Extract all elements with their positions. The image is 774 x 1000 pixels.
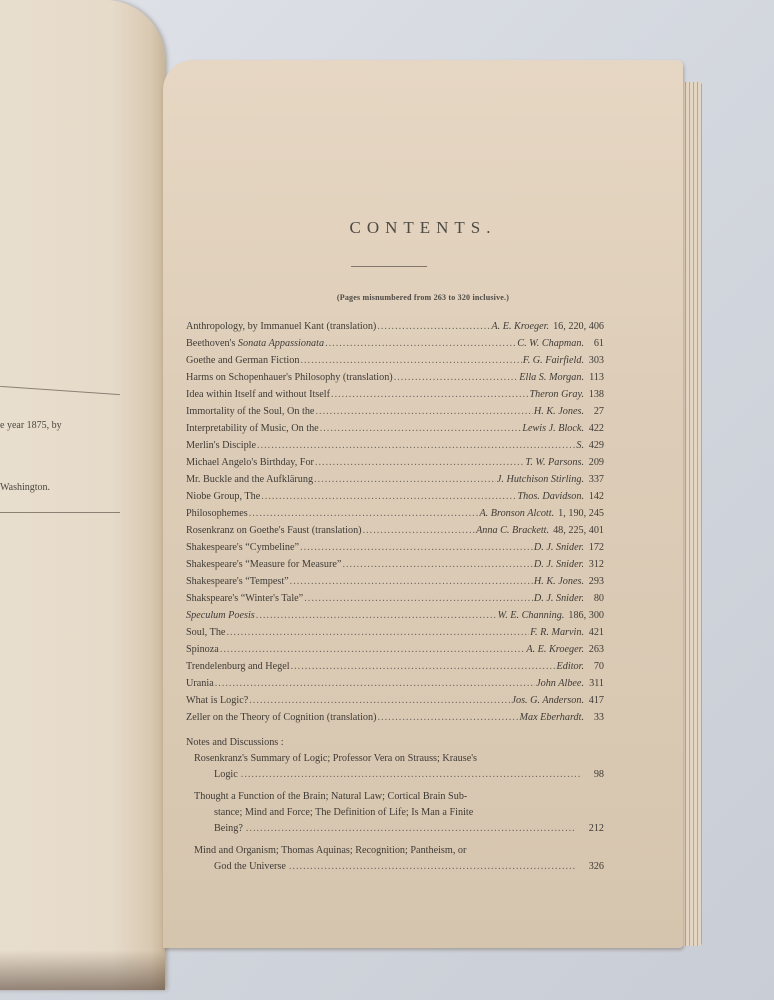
entry-title-plain: Philosophemes	[186, 508, 248, 519]
entry-author: F. R. Marvin.	[530, 624, 584, 641]
toc-entry: Shakspeare's “Winter's Tale”D. J. Snider…	[186, 590, 604, 607]
entry-pages: 186, 300	[568, 607, 604, 624]
entry-author: S.	[576, 437, 584, 454]
entry-pages: 48, 225, 401	[553, 522, 604, 539]
notes-entry-last-line: God the Universe326	[214, 859, 604, 875]
entry-title: Michael Angelo's Birthday, For	[186, 454, 314, 471]
dot-leader	[304, 590, 533, 607]
entry-author: W. E. Channing.	[498, 607, 565, 624]
entry-title: Urania	[186, 675, 214, 692]
entry-title: Shakespeare's “Measure for Measure”	[186, 556, 341, 573]
dot-leader	[256, 607, 497, 624]
left-page-location-fragment: Washington.	[0, 482, 50, 493]
entry-title-plain: Michael Angelo's Birthday, For	[186, 457, 314, 468]
entry-title-plain: Beethoven's	[186, 338, 238, 349]
entry-title-plain: Merlin's Disciple	[186, 440, 256, 451]
entry-author: Jos. G. Anderson.	[511, 692, 584, 709]
entry-pages: 27	[588, 403, 604, 420]
entry-title: Interpretability of Music, On the	[186, 420, 319, 437]
dot-leader	[378, 709, 519, 726]
entry-author: A. Bronson Alcott.	[479, 505, 554, 522]
entry-title: Speculum Poesis	[186, 607, 255, 624]
notes-entry-pages: 212	[589, 821, 604, 837]
dot-leader	[261, 488, 516, 505]
entry-author: J. Hutchison Stirling.	[497, 471, 584, 488]
entry-pages: 311	[588, 675, 604, 692]
entry-title-plain: Shakespeare's “Measure for Measure”	[186, 559, 341, 570]
entry-title-plain: Goethe and German Fiction	[186, 355, 299, 366]
toc-entry: SpinozaA. E. Kroeger.263	[186, 641, 604, 658]
entry-title-plain: Shakespeare's “Tempest”	[186, 576, 289, 587]
dot-leader	[314, 471, 496, 488]
entry-title-italic: Speculum Poesis	[186, 610, 255, 621]
entry-title-plain: Mr. Buckle and the Aufklärung	[186, 474, 313, 485]
entry-title: Shakespeare's “Cymbeline”	[186, 539, 299, 556]
notes-entry-pages: 98	[594, 767, 604, 783]
entry-title-plain: What is Logic?	[186, 695, 248, 706]
entry-pages: 422	[588, 420, 604, 437]
entry-pages: 61	[588, 335, 604, 352]
entry-title: Philosophemes	[186, 505, 248, 522]
entry-pages: 80	[588, 590, 604, 607]
entry-title: Soul, The	[186, 624, 225, 641]
entry-title-plain: Urania	[186, 678, 214, 689]
notes-entry: Thought a Function of the Brain; Natural…	[194, 789, 604, 837]
entry-pages: 421	[588, 624, 604, 641]
title-rule	[351, 266, 427, 267]
entry-author: John Albee.	[536, 675, 584, 692]
left-page-rule-bottom	[0, 512, 120, 513]
toc-entry: UraniaJohn Albee.311	[186, 675, 604, 692]
entry-author: Max Eberhardt.	[519, 709, 584, 726]
entry-author: D. J. Snider.	[534, 556, 584, 573]
toc-entry: Shakespeare's “Tempest”H. K. Jones.293	[186, 573, 604, 590]
entry-pages: 293	[588, 573, 604, 590]
entry-author: A. E. Kroeger.	[491, 318, 549, 335]
toc-entry: Trendelenburg and HegelEditor.70	[186, 658, 604, 675]
entry-pages: 16, 220, 406	[553, 318, 604, 335]
entry-author: H. K. Jones.	[534, 573, 584, 590]
pagination-note: (Pages misnumbered from 263 to 320 inclu…	[163, 293, 683, 302]
notes-entry-middle-line: stance; Mind and Force; The Definition o…	[214, 805, 604, 821]
entry-title-plain: Shakspeare's “Winter's Tale”	[186, 593, 303, 604]
entry-title-plain: Spinoza	[186, 644, 219, 655]
entry-title: Beethoven's Sonata Appassionata	[186, 335, 324, 352]
entry-title-plain: Zeller on the Theory of Cognition (trans…	[186, 712, 377, 723]
entry-title: Merlin's Disciple	[186, 437, 256, 454]
dot-leader	[331, 386, 528, 403]
entry-author: Thos. Davidson.	[517, 488, 584, 505]
toc-entry: Anthropology, by Immanuel Kant (translat…	[186, 318, 604, 335]
dot-leader	[300, 539, 533, 556]
entry-title: Mr. Buckle and the Aufklärung	[186, 471, 313, 488]
entry-pages: 209	[588, 454, 604, 471]
notes-entry-first-line: Mind and Organism; Thomas Aquinas; Recog…	[194, 843, 604, 859]
dot-leader	[300, 352, 521, 369]
entry-title-plain: Idea within Itself and without Itself	[186, 389, 330, 400]
entry-title: Shakspeare's “Winter's Tale”	[186, 590, 303, 607]
entry-title-plain: Trendelenburg and Hegel	[186, 661, 290, 672]
notes-entry-last-text: God the Universe	[214, 859, 286, 875]
table-of-contents: Anthropology, by Immanuel Kant (translat…	[186, 318, 604, 881]
entry-title-plain: Soul, The	[186, 627, 225, 638]
entry-author: Theron Gray.	[529, 386, 584, 403]
dot-leader	[290, 573, 533, 590]
toc-entry: Shakespeare's “Measure for Measure”D. J.…	[186, 556, 604, 573]
entry-pages: 142	[588, 488, 604, 505]
notes-entry-last-line: Logic98	[214, 767, 604, 783]
entry-pages: 263	[588, 641, 604, 658]
entry-title: Rosenkranz on Goethe's Faust (translatio…	[186, 522, 362, 539]
dot-leader	[363, 522, 476, 539]
entry-title-plain: Shakespeare's “Cymbeline”	[186, 542, 299, 553]
left-page-shadow	[0, 950, 165, 990]
toc-entry: Beethoven's Sonata AppassionataC. W. Cha…	[186, 335, 604, 352]
dot-leader	[315, 403, 532, 420]
notes-entry: Mind and Organism; Thomas Aquinas; Recog…	[194, 843, 604, 875]
toc-entry: Zeller on the Theory of Cognition (trans…	[186, 709, 604, 726]
entry-author: Lewis J. Block.	[522, 420, 584, 437]
dot-leader	[226, 624, 529, 641]
entry-title: Harms on Schopenhauer's Philosophy (tran…	[186, 369, 393, 386]
entry-title: Spinoza	[186, 641, 219, 658]
entry-title: Niobe Group, The	[186, 488, 260, 505]
entry-title-plain: Anthropology, by Immanuel Kant (translat…	[186, 321, 376, 332]
entry-pages: 312	[588, 556, 604, 573]
entry-author: D. J. Snider.	[534, 539, 584, 556]
dot-leader	[215, 675, 535, 692]
left-page-copyright-fragment: e year 1875, by	[0, 420, 62, 431]
page-title: CONTENTS.	[163, 218, 683, 238]
toc-entry: PhilosophemesA. Bronson Alcott.1, 190, 2…	[186, 505, 604, 522]
dot-leader	[377, 318, 490, 335]
entry-pages: 113	[588, 369, 604, 386]
toc-entry: Soul, TheF. R. Marvin.421	[186, 624, 604, 641]
entry-title: What is Logic?	[186, 692, 248, 709]
entry-title-plain: Interpretability of Music, On the	[186, 423, 319, 434]
toc-entry: What is Logic?Jos. G. Anderson.417	[186, 692, 604, 709]
entry-pages: 172	[588, 539, 604, 556]
notes-entry: Rosenkranz's Summary of Logic; Professor…	[194, 751, 604, 783]
entry-author: F. G. Fairfield.	[523, 352, 584, 369]
dot-leader	[249, 692, 510, 709]
entry-author: Editor.	[557, 658, 584, 675]
toc-entry: Rosenkranz on Goethe's Faust (translatio…	[186, 522, 604, 539]
notes-entry-last-text: Logic	[214, 767, 238, 783]
dot-leader	[325, 335, 516, 352]
toc-entry: Niobe Group, TheThos. Davidson.142	[186, 488, 604, 505]
entry-title-plain: Rosenkranz on Goethe's Faust (translatio…	[186, 525, 362, 536]
dot-leader	[257, 437, 575, 454]
entry-pages: 1, 190, 245	[558, 505, 604, 522]
entry-author: T. W. Parsons.	[525, 454, 584, 471]
dot-leader	[289, 859, 576, 875]
toc-entry: Speculum PoesisW. E. Channing.186, 300	[186, 607, 604, 624]
notes-entry-first-line: Thought a Function of the Brain; Natural…	[194, 789, 604, 805]
entry-author: H. K. Jones.	[534, 403, 584, 420]
entry-pages: 417	[588, 692, 604, 709]
dot-leader	[342, 556, 532, 573]
entry-pages: 429	[588, 437, 604, 454]
toc-entry: Idea within Itself and without ItselfThe…	[186, 386, 604, 403]
notes-entry-first-line: Rosenkranz's Summary of Logic; Professor…	[194, 751, 604, 767]
notes-heading: Notes and Discussions :	[186, 734, 604, 751]
notes-entry-last-line: Being?212	[214, 821, 604, 837]
entry-pages: 33	[588, 709, 604, 726]
dot-leader	[315, 454, 524, 471]
toc-entry: Mr. Buckle and the AufklärungJ. Hutchiso…	[186, 471, 604, 488]
left-page-rule-top	[0, 386, 120, 395]
entry-title-plain: Immortality of the Soul, On the	[186, 406, 314, 417]
dot-leader	[249, 505, 479, 522]
toc-entry: Michael Angelo's Birthday, ForT. W. Pars…	[186, 454, 604, 471]
dot-leader	[246, 821, 576, 837]
dot-leader	[320, 420, 522, 437]
entry-author: Anna C. Brackett.	[476, 522, 549, 539]
entry-title-plain: Niobe Group, The	[186, 491, 260, 502]
entry-pages: 337	[588, 471, 604, 488]
entry-author: Ella S. Morgan.	[519, 369, 584, 386]
entry-title: Zeller on the Theory of Cognition (trans…	[186, 709, 377, 726]
entry-pages: 303	[588, 352, 604, 369]
toc-entry: Shakespeare's “Cymbeline”D. J. Snider.17…	[186, 539, 604, 556]
toc-entry: Immortality of the Soul, On theH. K. Jon…	[186, 403, 604, 420]
dot-leader	[291, 658, 556, 675]
entry-title-plain: Harms on Schopenhauer's Philosophy (tran…	[186, 372, 393, 383]
dot-leader	[220, 641, 526, 658]
toc-entry: Goethe and German FictionF. G. Fairfield…	[186, 352, 604, 369]
entry-author: C. W. Chapman.	[517, 335, 584, 352]
toc-entry: Harms on Schopenhauer's Philosophy (tran…	[186, 369, 604, 386]
dot-leader	[241, 767, 581, 783]
toc-entry: Interpretability of Music, On theLewis J…	[186, 420, 604, 437]
entry-title-italic: Sonata Appassionata	[238, 338, 324, 349]
entry-title: Immortality of the Soul, On the	[186, 403, 314, 420]
dot-leader	[394, 369, 519, 386]
notes-entry-pages: 326	[589, 859, 604, 875]
left-page: e year 1875, by Washington.	[0, 0, 165, 990]
entry-pages: 138	[588, 386, 604, 403]
entry-title: Trendelenburg and Hegel	[186, 658, 290, 675]
entry-title: Shakespeare's “Tempest”	[186, 573, 289, 590]
notes-entry-last-text: Being?	[214, 821, 243, 837]
entry-author: A. E. Kroeger.	[526, 641, 584, 658]
entry-pages: 70	[588, 658, 604, 675]
entry-title: Goethe and German Fiction	[186, 352, 299, 369]
toc-entry: Merlin's DiscipleS.429	[186, 437, 604, 454]
entry-title: Idea within Itself and without Itself	[186, 386, 330, 403]
entry-author: D. J. Snider.	[534, 590, 584, 607]
entry-title: Anthropology, by Immanuel Kant (translat…	[186, 318, 376, 335]
